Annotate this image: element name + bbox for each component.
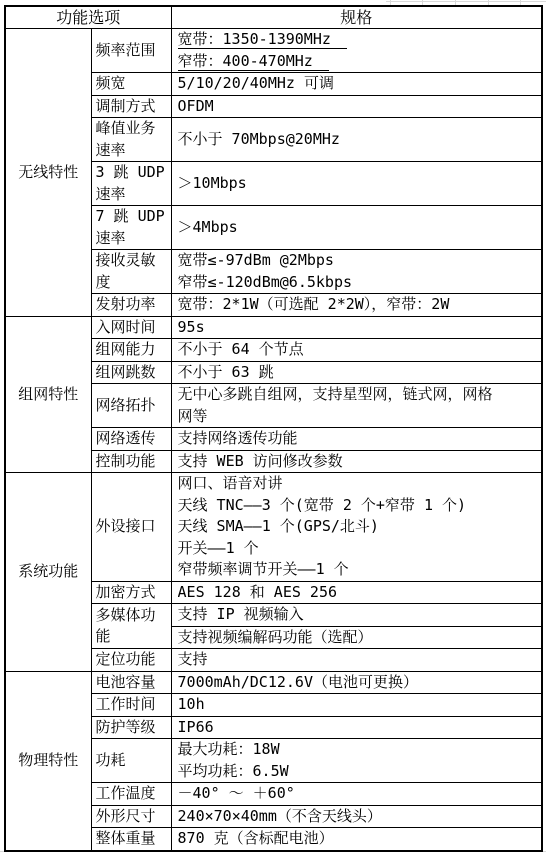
- spec-cell: 95s: [171, 316, 542, 339]
- spec-cell: 不小于 70Mbps@20MHz: [171, 118, 542, 162]
- row-label: 网络拓扑: [91, 384, 171, 428]
- spec-line: 支持: [178, 649, 542, 671]
- table-row: 物理特性电池容量7000mAh/DC12.6V（电池可更换）: [5, 671, 542, 694]
- spec-cell: 不小于 63 跳: [171, 361, 542, 384]
- table-header-row: 功能选项 规格: [5, 6, 542, 29]
- spec-line: 870 克（含标配电池）: [178, 828, 542, 850]
- row-label: 峰值业务速率: [91, 118, 171, 162]
- category-cell: 组网特性: [5, 316, 91, 473]
- row-label: 频宽: [91, 73, 171, 96]
- spec-line: 最大功耗：18W: [178, 739, 542, 761]
- spec-cell: 5/10/20/40MHz 可调: [171, 73, 542, 96]
- category-cell: 系统功能: [5, 473, 91, 672]
- spec-cell: 最大功耗：18W平均功耗：6.5W: [171, 739, 542, 783]
- row-label: 外形尺寸: [91, 805, 171, 828]
- row-label: 工作温度: [91, 783, 171, 806]
- row-label: 入网时间: [91, 316, 171, 339]
- spec-line: ＞10Mbps: [178, 173, 542, 195]
- spec-table: 功能选项 规格 无线特性频率范围宽带：1350-1390MHz窄带：400-47…: [4, 5, 543, 852]
- spec-cell: 网口、语音对讲天线 TNC——3 个(宽带 2 个+窄带 1 个)天线 SMA—…: [171, 473, 542, 582]
- spec-line: 不小于 64 个节点: [178, 339, 542, 361]
- spec-line: 240×70×40mm（不含天线头）: [178, 806, 542, 828]
- spec-cell: 支持视频编解码功能（选配）: [171, 626, 542, 649]
- spec-cell: 宽带：1350-1390MHz窄带：400-470MHz: [171, 29, 542, 73]
- row-label: 频率范围: [91, 29, 171, 73]
- spec-line: 宽带：1350-1390MHz: [178, 29, 542, 51]
- row-label: 3 跳 UDP 速率: [91, 162, 171, 206]
- spec-cell: 不小于 64 个节点: [171, 339, 542, 362]
- spec-line: 不小于 70Mbps@20MHz: [178, 129, 542, 151]
- spec-cell: 支持: [171, 649, 542, 672]
- spec-cell: －40° ～ ＋60°: [171, 783, 542, 806]
- spec-line: 支持视频编解码功能（选配）: [178, 627, 542, 649]
- table-row: 组网特性入网时间95s: [5, 316, 542, 339]
- spec-line: 支持 WEB 访问修改参数: [178, 451, 542, 473]
- page: 功能选项 规格 无线特性频率范围宽带：1350-1390MHz窄带：400-47…: [0, 0, 546, 857]
- spec-cell: 无中心多跳自组网，支持星型网，链式网，网格网等: [171, 384, 542, 428]
- spec-line: 无中心多跳自组网，支持星型网，链式网，网格: [178, 384, 542, 406]
- row-label: 加密方式: [91, 581, 171, 604]
- row-label: 组网跳数: [91, 361, 171, 384]
- spec-line: 支持 IP 视频输入: [178, 604, 542, 626]
- row-label: 接收灵敏度: [91, 250, 171, 294]
- spec-line: 开关——1 个: [178, 538, 542, 560]
- spec-line: 95s: [178, 317, 542, 339]
- underlined-value: 宽带：1350-1390MHz: [178, 30, 347, 49]
- spec-line: 平均功耗：6.5W: [178, 761, 542, 783]
- spec-line: 10h: [178, 694, 542, 716]
- row-label: 防护等级: [91, 716, 171, 739]
- spec-line: 宽带：2*1W（可选配 2*2W），窄带：2W: [178, 294, 542, 316]
- spec-line: 宽带≤-97dBm @2Mbps: [178, 250, 542, 272]
- spec-line: 天线 TNC——3 个(宽带 2 个+窄带 1 个): [178, 495, 542, 517]
- spec-cell: 10h: [171, 694, 542, 717]
- row-label: 电池容量: [91, 671, 171, 694]
- category-cell: 无线特性: [5, 29, 91, 317]
- row-label: 调制方式: [91, 95, 171, 118]
- spec-cell: 宽带≤-97dBm @2Mbps窄带≤-120dBm@6.5kbps: [171, 250, 542, 294]
- header-function-options: 功能选项: [5, 6, 171, 29]
- spec-cell: ＞4Mbps: [171, 206, 542, 250]
- row-label: 7 跳 UDP 速率: [91, 206, 171, 250]
- spec-line: 网等: [178, 406, 542, 428]
- row-label: 控制功能: [91, 450, 171, 473]
- spec-line: 窄带频率调节开关——1 个: [178, 559, 542, 581]
- row-label: 网络透传: [91, 428, 171, 451]
- spec-line: 网口、语音对讲: [178, 473, 542, 495]
- row-label: 整体重量: [91, 828, 171, 851]
- spec-line: 不小于 63 跳: [178, 362, 542, 384]
- spec-cell: OFDM: [171, 95, 542, 118]
- spec-line: 窄带≤-120dBm@6.5kbps: [178, 272, 542, 294]
- spec-cell: 宽带：2*1W（可选配 2*2W），窄带：2W: [171, 294, 542, 317]
- spec-line: ＞4Mbps: [178, 217, 542, 239]
- spec-line: IP66: [178, 717, 542, 739]
- spec-line: －40° ～ ＋60°: [178, 783, 542, 805]
- spec-cell: 870 克（含标配电池）: [171, 828, 542, 851]
- row-label: 功耗: [91, 739, 171, 783]
- row-label: 工作时间: [91, 694, 171, 717]
- spec-line: 7000mAh/DC12.6V（电池可更换）: [178, 672, 542, 694]
- row-label: 发射功率: [91, 294, 171, 317]
- spec-cell: 240×70×40mm（不含天线头）: [171, 805, 542, 828]
- spec-cell: 支持网络透传功能: [171, 428, 542, 451]
- spec-cell: 支持 IP 视频输入: [171, 604, 542, 627]
- spec-line: AES 128 和 AES 256: [178, 582, 542, 604]
- spec-cell: IP66: [171, 716, 542, 739]
- row-label: 组网能力: [91, 339, 171, 362]
- header-spec: 规格: [171, 6, 542, 29]
- spreadsheet-gridline-top: [386, 1, 546, 2]
- spec-cell: ＞10Mbps: [171, 162, 542, 206]
- spec-cell: AES 128 和 AES 256: [171, 581, 542, 604]
- spec-table-body: 无线特性频率范围宽带：1350-1390MHz窄带：400-470MHz频宽5/…: [5, 29, 542, 851]
- row-label: 外设接口: [91, 473, 171, 582]
- spec-line: 天线 SMA——1 个(GPS/北斗): [178, 516, 542, 538]
- table-row: 无线特性频率范围宽带：1350-1390MHz窄带：400-470MHz: [5, 29, 542, 73]
- spec-cell: 7000mAh/DC12.6V（电池可更换）: [171, 671, 542, 694]
- spec-cell: 支持 WEB 访问修改参数: [171, 450, 542, 473]
- underlined-value: 窄带：400-470MHz: [178, 52, 329, 71]
- category-cell: 物理特性: [5, 671, 91, 851]
- spec-line: OFDM: [178, 96, 542, 118]
- spec-line: 5/10/20/40MHz 可调: [178, 73, 542, 95]
- spec-line: 支持网络透传功能: [178, 428, 542, 450]
- row-label: 定位功能: [91, 649, 171, 672]
- table-row: 系统功能外设接口网口、语音对讲天线 TNC——3 个(宽带 2 个+窄带 1 个…: [5, 473, 542, 582]
- row-label: 多媒体功能: [91, 604, 171, 649]
- spec-line: 窄带：400-470MHz: [178, 51, 542, 73]
